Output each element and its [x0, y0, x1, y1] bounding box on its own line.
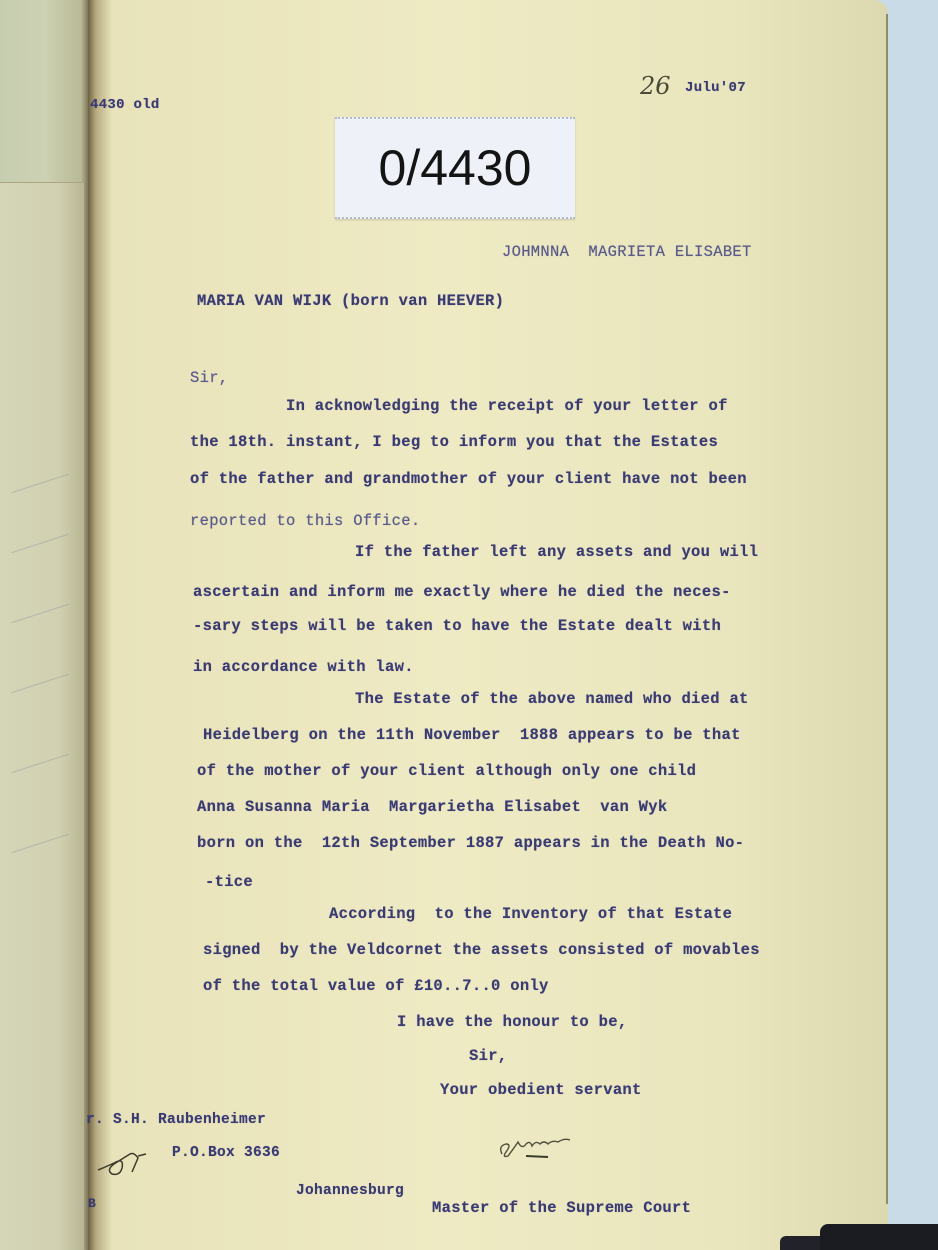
body-line: If the father left any assets and you wi… — [355, 543, 758, 561]
body-line: In acknowledging the receipt of your let… — [286, 397, 728, 415]
addressee-city: Johannesburg — [296, 1183, 404, 1199]
body-line: of the total value of £10..7..0 only — [203, 977, 549, 995]
salutation: Sir, — [190, 369, 228, 387]
body-line: of the mother of your client although on… — [197, 762, 696, 780]
archive-label-sticker: 0/4430 — [335, 117, 575, 219]
subject-line-2: MARIA VAN WIJK (born van HEEVER) — [197, 292, 504, 310]
body-line: According to the Inventory of that Estat… — [329, 905, 732, 923]
margin-mark: B — [88, 1196, 96, 1211]
signatory-title: Master of the Supreme Court — [432, 1199, 691, 1217]
letter-date: Julu'07 — [685, 80, 746, 96]
closing-line-1: I have the honour to be, — [397, 1013, 627, 1031]
body-line: Heidelberg on the 11th November 1888 app… — [203, 726, 741, 744]
closing-line-2: Sir, — [469, 1047, 507, 1065]
closing-line-3: Your obedient servant — [440, 1081, 642, 1099]
binder-clip — [820, 1224, 938, 1250]
body-line: in accordance with law. — [193, 658, 414, 676]
body-line: ascertain and inform me exactly where he… — [193, 583, 731, 601]
body-line: -tice — [205, 873, 253, 891]
addressee-name: r. S.H. Raubenheimer — [86, 1112, 266, 1128]
archive-label-number: 0/4430 — [379, 139, 532, 197]
body-line: born on the 12th September 1887 appears … — [197, 834, 744, 852]
subject-line-1: JOHMNNA MAGRIETA ELISABET — [502, 243, 752, 261]
body-line: reported to this Office. — [190, 512, 420, 530]
underlying-page-flap — [0, 182, 84, 1250]
body-line: the 18th. instant, I beg to inform you t… — [190, 433, 718, 451]
handwritten-date-day: 26 — [640, 72, 671, 100]
file-reference: 4430 old — [90, 97, 160, 113]
signature-initials — [496, 1132, 586, 1164]
handwritten-initials-mark — [94, 1148, 154, 1184]
body-line: of the father and grandmother of your cl… — [190, 470, 747, 488]
body-line: signed by the Veldcornet the assets cons… — [203, 941, 760, 959]
body-line: The Estate of the above named who died a… — [355, 690, 749, 708]
addressee-box: P.O.Box 3636 — [172, 1145, 280, 1161]
body-line: Anna Susanna Maria Margarietha Elisabet … — [197, 798, 667, 816]
body-line: -sary steps will be taken to have the Es… — [193, 617, 721, 635]
underlying-pages — [0, 0, 92, 1250]
